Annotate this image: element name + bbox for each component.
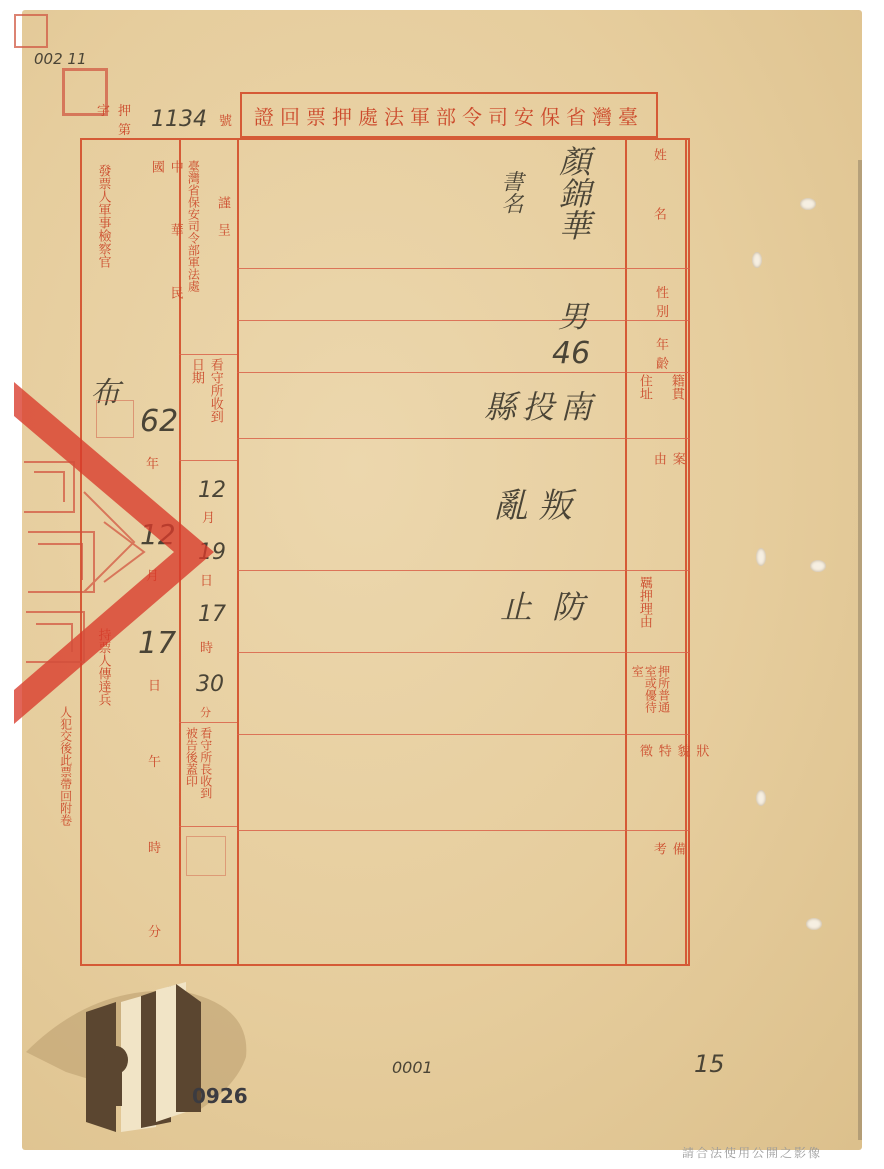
arrival-hour-unit: 時 — [200, 640, 213, 659]
entry-address: 南投縣 — [484, 382, 598, 428]
row-divider — [237, 570, 690, 571]
entry-name: 顏錦華 — [550, 145, 596, 241]
entry-age: 46 — [552, 336, 590, 371]
entry-gender: 男 — [558, 292, 588, 336]
issue-year-unit: 年 — [146, 456, 159, 475]
arrival-day-value: 19 — [198, 540, 226, 565]
native-place-label: 籍貫 — [666, 374, 685, 400]
row-divider — [237, 372, 690, 373]
arrival-minute-unit: 分 — [200, 705, 211, 721]
address-label: 住址 — [634, 374, 653, 400]
crime-label: 案由 — [648, 452, 686, 562]
archive-number: 002 11 — [34, 50, 87, 68]
punch-hole — [756, 548, 766, 566]
detention-arrival-label: 看守所收到日期 — [186, 358, 224, 426]
respectfully-label: 謹呈 — [212, 196, 231, 250]
row-divider — [237, 268, 690, 269]
arrival-minute-value: 30 — [196, 672, 224, 697]
issue-month-value: 12 — [140, 518, 176, 551]
issuer-seal — [96, 400, 134, 438]
punch-hole — [800, 198, 816, 210]
archive-logo-icon — [26, 972, 256, 1132]
document-title: 臺灣省保安司令部軍法處押票回證 — [240, 92, 658, 138]
issue-month-unit: 月 — [146, 568, 159, 587]
row-divider — [237, 734, 690, 735]
row-divider — [179, 354, 237, 355]
row-divider — [179, 826, 237, 827]
page-code: 0001 — [392, 1058, 433, 1077]
cell-label: 押所普通室或優待室 — [630, 665, 670, 723]
punch-hole — [756, 790, 766, 806]
row-divider — [237, 830, 690, 831]
row-divider — [179, 460, 237, 461]
features-label: 狀貌特徵 — [634, 744, 709, 824]
era-label: 中華民國 — [146, 160, 184, 400]
column-divider — [237, 140, 239, 964]
issue-noon-unit: 午 — [148, 754, 161, 773]
entry-name-note: 書名 — [495, 170, 526, 214]
paper-edge — [858, 160, 862, 1140]
recipient-name: 臺灣省保安司令部軍法處 — [186, 160, 200, 292]
punch-hole — [806, 918, 822, 930]
return-note: 人犯交後此票帶回附卷 — [56, 706, 75, 826]
issue-hour-unit: 時 — [148, 840, 161, 859]
punch-hole — [810, 560, 826, 572]
entry-case: 叛亂 — [494, 478, 582, 527]
logo-number: 0926 — [192, 1084, 248, 1108]
arrival-month-unit: 月 — [202, 510, 215, 529]
arrival-hour-value: 17 — [198, 602, 226, 627]
row-divider — [237, 320, 690, 321]
issue-year-value: 62 — [140, 404, 178, 439]
messenger-label: 持票人傳達兵 — [94, 628, 112, 706]
receipt-label: 看守所長收到被告後蓋印 — [184, 727, 213, 805]
remarks-label: 備考 — [648, 842, 686, 952]
ticket-number: 1134 — [151, 107, 207, 132]
name-label: 姓名 — [648, 148, 667, 268]
row-divider — [237, 652, 690, 653]
issue-day-unit: 日 — [148, 678, 161, 697]
age-label: 年齡 — [633, 337, 687, 375]
number-prefix: 押字第 — [82, 100, 139, 138]
number-suffix: 號 — [219, 110, 232, 129]
issuer-label: 發票人軍事檢察官 — [94, 164, 112, 268]
ticket-number-line: 押字第 1134 號 — [82, 104, 232, 134]
warden-seal — [186, 836, 226, 876]
page-number: 15 — [694, 1050, 725, 1078]
archive-seal-top — [14, 14, 48, 48]
usage-watermark: 請合法使用公開之影像 — [682, 1144, 822, 1161]
issue-day-value: 17 — [138, 626, 176, 661]
arrival-day-unit: 日 — [200, 573, 213, 592]
entry-detention-reason: 防止 — [500, 582, 604, 628]
column-divider — [625, 140, 627, 964]
issue-minute-unit: 分 — [148, 924, 161, 943]
punch-hole — [752, 252, 762, 268]
row-divider — [179, 722, 237, 723]
gender-label: 性別 — [633, 285, 687, 323]
arrival-month-value: 12 — [198, 478, 226, 503]
row-divider — [237, 438, 690, 439]
detention-reason-label: 羈押理由 — [634, 576, 653, 646]
